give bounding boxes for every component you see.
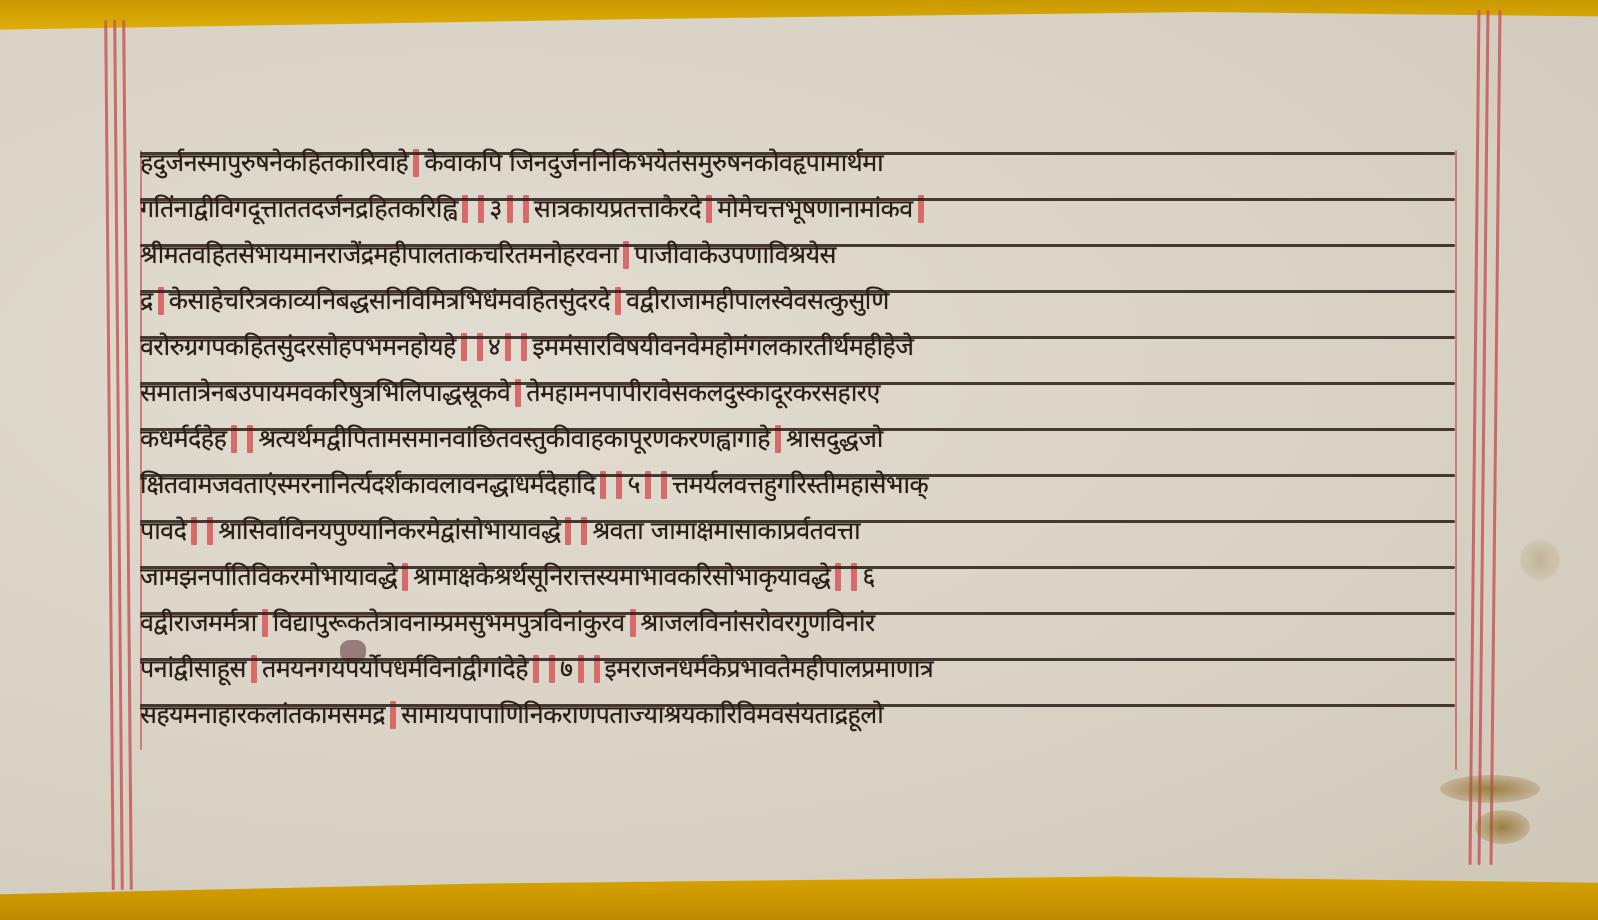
manuscript-text-segment: पावदे (140, 508, 186, 554)
manuscript-line: पावदेश्रासिर्वाविनयपुण्यानिकरमेद्वांसोभा… (140, 508, 1455, 554)
manuscript-text-segment: तमयनगयपर्योपधर्मविनांद्वीगांदेहे (262, 646, 528, 692)
manuscript-line: समातात्रेनबउपायमवकरिषुत्रभिलिपाद्धस्रूकव… (140, 370, 1455, 416)
red-danda-mark (623, 241, 629, 269)
red-danda-mark (615, 287, 621, 315)
red-danda-mark (207, 517, 213, 545)
red-danda-mark (565, 517, 571, 545)
manuscript-text-segment: मोमेचत्तभूषणानामांकव (717, 186, 912, 232)
manuscript-text-segment: गतिंनाद्वीविगदूत्ताततदर्जनद्रहितकरिह्वि (140, 186, 457, 232)
water-stain (1475, 810, 1530, 844)
red-danda-mark (630, 609, 636, 637)
red-danda-mark (402, 563, 408, 591)
manuscript-text-segment: श्रासिर्वाविनयपुण्यानिकरमेद्वांसोभायावद्… (218, 508, 560, 554)
red-danda-mark (231, 425, 237, 453)
manuscript-text-segment: इममंसारविषयीवनवेमहोमंगलकारतीर्थमहीहेजे (532, 324, 913, 370)
red-danda-mark (515, 379, 521, 407)
manuscript-line: द्रकेसाहेचरित्रकाव्यनिबद्धसनिविमित्रभिधं… (140, 278, 1455, 324)
manuscript-text-segment: पनांद्वीसाहूस (140, 646, 246, 692)
red-danda-mark (461, 333, 467, 361)
right-text-border-rule (1455, 150, 1457, 770)
manuscript-text-segment: त्तमर्यलवत्तहुगरिस्तीमहासेभाक् (672, 462, 928, 508)
manuscript-text-segment: सामायपापाणिनिकराणपताज्याश्रयकारिविमवसंयत… (401, 692, 883, 738)
red-danda-mark (578, 655, 584, 683)
manuscript-text-segment: श्रवता जामाक्षमासाकाप्रर्वतवत्ता (592, 508, 860, 554)
manuscript-line: वरोरुग्रगपकहितसुंदरसोहपभमनहोयहे४इममंसारव… (140, 324, 1455, 370)
manuscript-text-segment: सहयमनाहारकलांतकामसमद्र (140, 692, 385, 738)
red-danda-mark (775, 425, 781, 453)
red-danda-mark (521, 333, 527, 361)
red-danda-mark (581, 517, 587, 545)
manuscript-line: श्रीमतवहितसेभायमानराजेंद्रमहीपालताकचरितम… (140, 232, 1455, 278)
manuscript-text-segment: जामझनर्पातिविकरमोभायावद्धे (140, 554, 397, 600)
manuscript-line: गतिंनाद्वीविगदूत्ताततदर्जनद्रहितकरिह्वि३… (140, 186, 1455, 232)
manuscript-text-segment: समातात्रेनबउपायमवकरिषुत्रभिलिपाद्धस्रूकव… (140, 370, 510, 416)
red-danda-mark (191, 517, 197, 545)
red-danda-mark (661, 471, 667, 499)
red-danda-mark (600, 471, 606, 499)
verse-number: ६ (862, 554, 875, 600)
manuscript-line: जामझनर्पातिविकरमोभायावद्धेश्रामाक्षकेश्र… (140, 554, 1455, 600)
red-danda-mark (549, 655, 555, 683)
manuscript-text-segment: श्राजलविनांसरोवरगुणविनांर (641, 600, 875, 646)
red-danda-mark (478, 195, 484, 223)
red-danda-mark (251, 655, 257, 683)
manuscript-text-segment: वद्वीराजामहीपालस्वेवसत्कुसुणि (626, 278, 889, 324)
red-danda-mark (390, 701, 396, 729)
red-danda-mark (413, 149, 419, 177)
red-danda-mark (835, 563, 841, 591)
red-danda-mark (505, 333, 511, 361)
verse-number: ३ (489, 186, 502, 232)
manuscript-text-segment: केवाकपि जिनदुर्जननिकिभयेतंसमुरुषनकोवहृपा… (424, 140, 883, 186)
manuscript-line: कधर्मर्दहेहश्रत्यर्थमद्वीपितामसमानवांछित… (140, 416, 1455, 462)
verse-number: ७ (560, 646, 573, 692)
red-danda-mark (477, 333, 483, 361)
manuscript-text-segment: द्र (140, 278, 153, 324)
manuscript-text-segment: श्रासदुद्धजो (786, 416, 883, 462)
red-danda-mark (158, 287, 164, 315)
manuscript-text-segment: केसाहेचरित्रकाव्यनिबद्धसनिविमित्रभिधंमवह… (169, 278, 610, 324)
red-danda-mark (523, 195, 529, 223)
manuscript-line: वद्वीराजमर्मत्राविद्यापुरूकतेत्रावनाम्प्… (140, 600, 1455, 646)
red-danda-mark (533, 655, 539, 683)
verse-number: ४ (488, 324, 501, 370)
manuscript-text-segment: हदुर्जनस्मापुरुषनेकहितकारिवाहे (140, 140, 408, 186)
manuscript-text-segment: वरोरुग्रगपकहितसुंदरसोहपभमनहोयहे (140, 324, 456, 370)
manuscript-text-segment: श्रामाक्षकेश्रर्थसूनिरात्तस्यमाभावकरिसोभ… (413, 554, 830, 600)
red-danda-mark (507, 195, 513, 223)
verse-number: ५ (627, 462, 640, 508)
manuscript-line: क्षितवामजवताएंस्मरनानिर्त्यदर्शकावलावनद्… (140, 462, 1455, 508)
manuscript-text-segment: पाजीवाकेउपणाविश्रयेस (634, 232, 836, 278)
red-danda-mark (247, 425, 253, 453)
manuscript-line: सहयमनाहारकलांतकामसमद्रसामायपापाणिनिकराणप… (140, 692, 1455, 738)
red-danda-mark (851, 563, 857, 591)
red-danda-mark (918, 195, 924, 223)
paper-discoloration (1520, 540, 1560, 580)
manuscript-text-block: हदुर्जनस्मापुरुषनेकहितकारिवाहेकेवाकपि जि… (140, 140, 1455, 738)
manuscript-text-segment: विद्यापुरूकतेत्रावनाम्प्रमसुभमपुत्रविनां… (273, 600, 625, 646)
manuscript-text-segment: तेमहामनपापीरावेसकलदुस्कादूरकरसहारए (526, 370, 880, 416)
manuscript-text-segment: कधर्मर्दहेह (140, 416, 226, 462)
red-danda-mark (616, 471, 622, 499)
manuscript-text-segment: वद्वीराजमर्मत्रा (140, 600, 257, 646)
manuscript-line: हदुर्जनस्मापुरुषनेकहितकारिवाहेकेवाकपि जि… (140, 140, 1455, 186)
manuscript-text-segment: सात्रकायप्रतत्ताकैरदे (534, 186, 701, 232)
red-danda-mark (462, 195, 468, 223)
red-danda-mark (262, 609, 268, 637)
manuscript-text-segment: श्रत्यर्थमद्वीपितामसमानवांछितवस्तुकीवाहक… (258, 416, 770, 462)
water-stain (1440, 775, 1540, 803)
manuscript-text-segment: इमराजनधर्मकेप्रभावतेमहीपालप्रमाणात्र (605, 646, 934, 692)
red-danda-mark (645, 471, 651, 499)
manuscript-text-segment: श्रीमतवहितसेभायमानराजेंद्रमहीपालताकचरितम… (140, 232, 618, 278)
manuscript-text-segment: क्षितवामजवताएंस्मरनानिर्त्यदर्शकावलावनद्… (140, 462, 595, 508)
red-danda-mark (594, 655, 600, 683)
manuscript-line: पनांद्वीसाहूसतमयनगयपर्योपधर्मविनांद्वीगा… (140, 646, 1455, 692)
red-danda-mark (706, 195, 712, 223)
